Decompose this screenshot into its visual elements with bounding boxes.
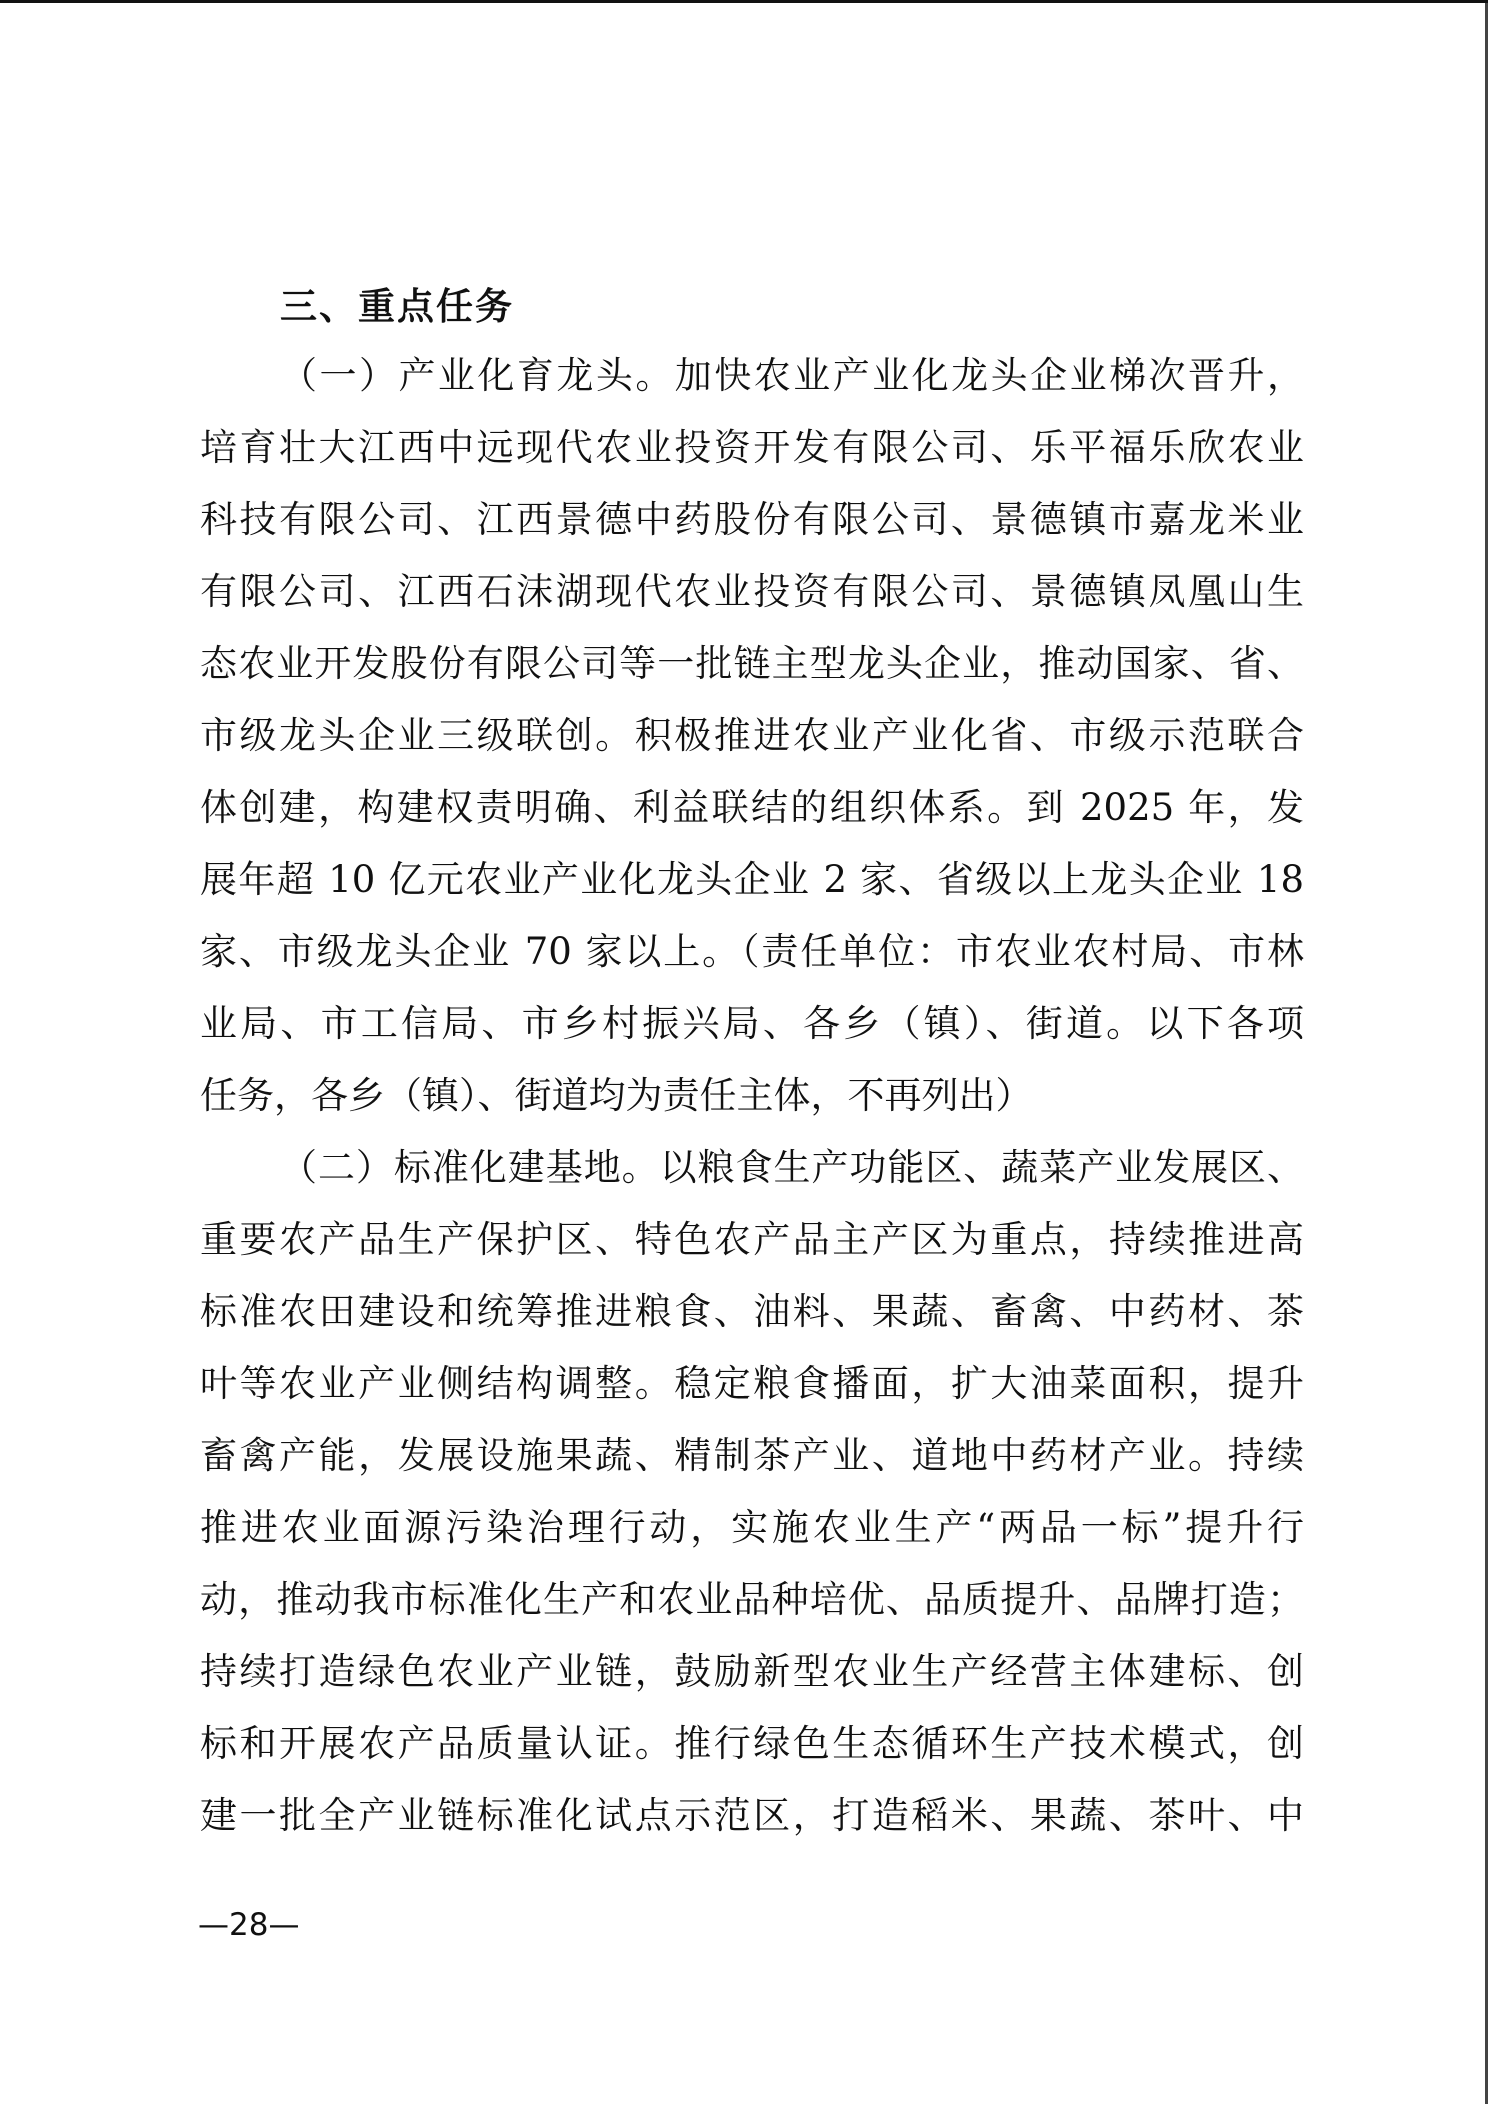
paragraph-2-line-6: 推进农业面源污染治理行动，实施农业生产“两品一标”提升行 — [200, 1498, 1304, 1558]
paragraph-2-line-9: 标和开展农产品质量认证。推行绿色生态循环生产技术模式，创 — [200, 1714, 1304, 1774]
paragraph-1-line-1: （一）产业化育龙头。加快农业产业化龙头企业梯次晋升， — [280, 346, 1304, 406]
paragraph-2-line-7: 动，推动我市标准化生产和农业品种培优、品质提升、品牌打造； — [200, 1570, 1304, 1630]
paragraph-1-line-9: 家、市级龙头企业 70 家以上。（责任单位：市农业农村局、市林 — [200, 922, 1304, 982]
paragraph-2-line-5: 畜禽产能，发展设施果蔬、精制茶产业、道地中药材产业。持续 — [200, 1426, 1304, 1486]
paragraph-2-line-4: 叶等农业产业侧结构调整。稳定粮食播面，扩大油菜面积，提升 — [200, 1354, 1304, 1414]
section-heading: 三、重点任务 — [280, 283, 514, 331]
paragraph-1-line-5: 态农业开发股份有限公司等一批链主型龙头企业，推动国家、省、 — [200, 634, 1304, 694]
paragraph-2-line-10: 建一批全产业链标准化试点示范区，打造稻米、果蔬、茶叶、中 — [200, 1786, 1304, 1846]
paragraph-2-line-3: 标准农田建设和统筹推进粮食、油料、果蔬、畜禽、中药材、茶 — [200, 1282, 1304, 1342]
document-page: 三、重点任务 （一）产业化育龙头。加快农业产业化龙头企业梯次晋升， 培育壮大江西… — [0, 0, 1488, 2104]
paragraph-2-line-8: 持续打造绿色农业产业链，鼓励新型农业生产经营主体建标、创 — [200, 1642, 1304, 1702]
paragraph-1-line-8: 展年超 10 亿元农业产业化龙头企业 2 家、省级以上龙头企业 18 — [200, 850, 1304, 910]
paragraph-1-line-11: 任务，各乡（镇）、街道均为责任主体，不再列出） — [200, 1066, 1304, 1126]
paragraph-1-line-6: 市级龙头企业三级联创。积极推进农业产业化省、市级示范联合 — [200, 706, 1304, 766]
paragraph-1-line-10: 业局、市工信局、市乡村振兴局、各乡（镇）、街道。以下各项 — [200, 994, 1304, 1054]
paragraph-1-line-3: 科技有限公司、江西景德中药股份有限公司、景德镇市嘉龙米业 — [200, 490, 1304, 550]
paragraph-1-line-2: 培育壮大江西中远现代农业投资开发有限公司、乐平福乐欣农业 — [200, 418, 1304, 478]
paragraph-2-line-1: （二）标准化建基地。以粮食生产功能区、蔬菜产业发展区、 — [280, 1138, 1304, 1198]
paragraph-1-line-4: 有限公司、江西石沫湖现代农业投资有限公司、景德镇凤凰山生 — [200, 562, 1304, 622]
page-number: —28— — [198, 1905, 299, 1945]
paragraph-1-line-7: 体创建，构建权责明确、利益联结的组织体系。到 2025 年，发 — [200, 778, 1304, 838]
paragraph-2-line-2: 重要农产品生产保护区、特色农产品主产区为重点，持续推进高 — [200, 1210, 1304, 1270]
